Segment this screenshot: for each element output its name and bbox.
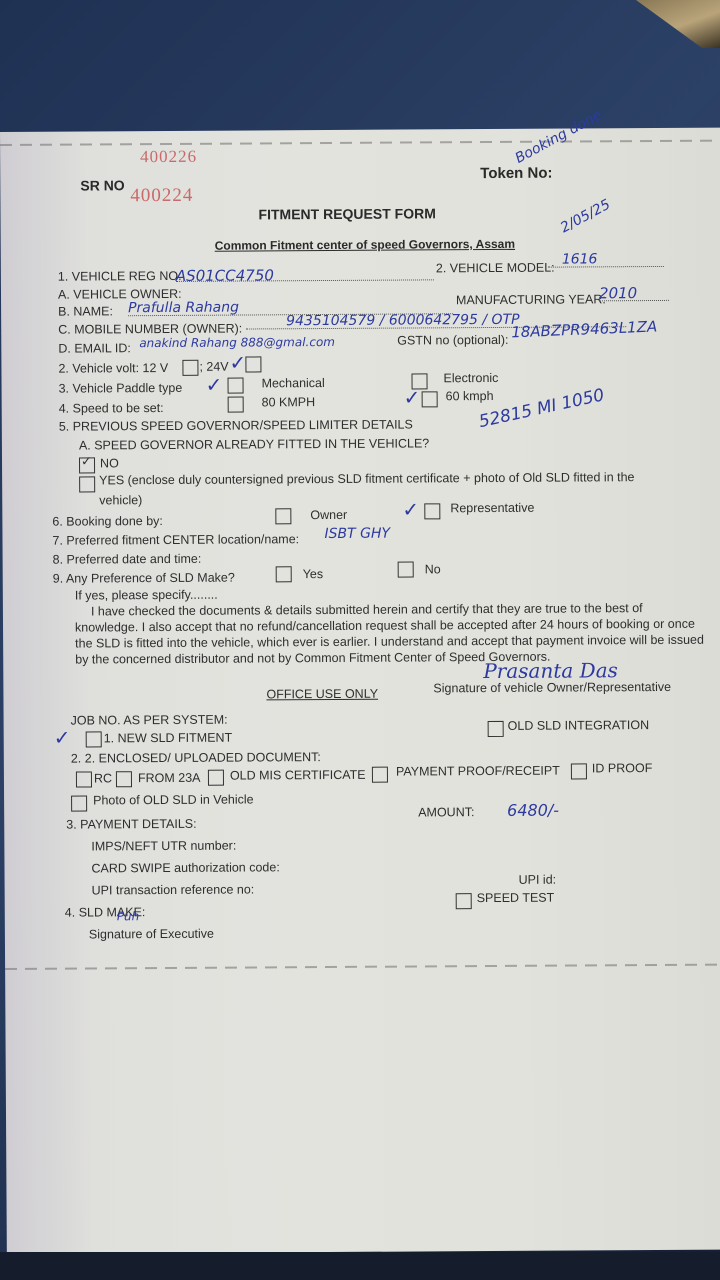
prev-governor-note: 52815 MI 1050: [477, 385, 606, 432]
prev-governor-question: A. SPEED GOVERNOR ALREADY FITTED IN THE …: [79, 436, 429, 452]
checkmark-icon: ✓: [229, 351, 246, 375]
mfg-year-value: 2010: [599, 284, 637, 302]
doc-id-checkbox[interactable]: [571, 763, 587, 779]
amount-label: AMOUNT:: [418, 805, 474, 819]
speed-80-label: 80 KMPH: [262, 395, 316, 409]
volt-24-label: ; 24V: [199, 360, 228, 374]
speed-label: 4. Speed to be set:: [59, 401, 164, 416]
speed-60-checkbox[interactable]: [422, 391, 438, 407]
doc-id-label: ID PROOF: [592, 761, 653, 775]
checkmark-icon: ✓: [54, 726, 71, 750]
doc-photo-checkbox[interactable]: [71, 795, 87, 811]
form-title: FITMENT REQUEST FORM: [258, 205, 435, 222]
booking-representative-checkbox[interactable]: [424, 503, 440, 519]
paddle-mechanical-label: Mechanical: [261, 376, 324, 390]
doc-23a-checkbox[interactable]: [116, 771, 132, 787]
imps-label: IMPS/NEFT UTR number:: [91, 839, 236, 854]
vehicle-model-label: 2. VEHICLE MODEL:: [436, 261, 555, 276]
token-date: 2/05/25: [558, 197, 613, 237]
job-no-label: JOB NO. AS PER SYSTEM:: [71, 713, 228, 728]
name-label: B. NAME:: [58, 304, 113, 318]
gstn-label: GSTN no (optional):: [397, 333, 508, 348]
mobile-label: C. MOBILE NUMBER (OWNER):: [58, 322, 242, 337]
mfg-year-field[interactable]: 2010: [599, 284, 669, 301]
make-yes-label: Yes: [303, 567, 323, 581]
checkmark-icon: ✓: [402, 497, 419, 521]
center-label: 7. Preferred fitment CENTER location/nam…: [52, 532, 299, 548]
new-fitment-checkbox[interactable]: [86, 731, 102, 747]
sr-no-value: 400224: [130, 185, 193, 207]
speed-test-label: SPEED TEST: [477, 891, 555, 905]
speed-test-checkbox[interactable]: [456, 893, 472, 909]
card-swipe-label: CARD SWIPE authorization code:: [91, 860, 279, 875]
background-object: [600, 0, 720, 48]
prev-no-label: NO: [100, 456, 119, 470]
paddle-mechanical-checkbox[interactable]: [228, 378, 244, 394]
prev-yes-checkbox[interactable]: [79, 476, 95, 492]
prev-yes-label: YES (enclose duly countersigned previous…: [99, 470, 634, 487]
make-yes-checkbox[interactable]: [276, 566, 292, 582]
top-serial-stamp: 400226: [140, 147, 197, 167]
prev-yes-label-cont: vehicle): [99, 493, 142, 507]
volt-12-checkbox[interactable]: [182, 360, 198, 376]
doc-23a-label: FROM 23A: [138, 771, 201, 785]
booking-label: 6. Booking done by:: [52, 514, 163, 529]
torn-edge: [5, 964, 720, 970]
old-integration-checkbox[interactable]: [488, 721, 504, 737]
prev-governor-label: 5. PREVIOUS SPEED GOVERNOR/SPEED LIMITER…: [59, 417, 413, 433]
speed-60-label: 60 kmph: [446, 389, 494, 403]
reg-no-value: AS01CC4750: [176, 266, 274, 285]
speed-80-checkbox[interactable]: [228, 397, 244, 413]
preferred-date-label: 8. Preferred date and time:: [53, 552, 202, 567]
checkmark-icon: ✓: [81, 453, 92, 469]
token-note: Booking done: [513, 107, 605, 167]
doc-payment-checkbox[interactable]: [372, 767, 388, 783]
new-fitment-label: 1. NEW SLD FITMENT: [104, 731, 233, 746]
amount-value: 6480/-: [507, 801, 559, 820]
table-surface: [0, 1252, 720, 1280]
email-value[interactable]: anakind Rahang 888@gmal.com: [139, 335, 335, 350]
vehicle-model-field[interactable]: 1616: [548, 250, 664, 268]
mfg-year-label: MANUFACTURING YEAR:: [456, 292, 606, 307]
booking-owner-label: Owner: [310, 508, 347, 522]
payment-details-label: 3. PAYMENT DETAILS:: [66, 817, 196, 832]
form-subtitle: Common Fitment center of speed Governors…: [215, 237, 515, 253]
specify-label: If yes, please specify........: [75, 588, 218, 603]
torn-edge: [0, 140, 720, 146]
upi-id-label: UPI id:: [519, 873, 557, 887]
make-no-checkbox[interactable]: [398, 561, 414, 577]
enclosed-docs-label: 2. 2. ENCLOSED/ UPLOADED DOCUMENT:: [71, 750, 321, 766]
fitment-request-form: 400226 SR NO 400224 Token No: Booking do…: [0, 128, 720, 1254]
mobile-value: 9435104579 / 6000642795 / OTP: [246, 312, 519, 330]
executive-signature-label: Signature of Executive: [89, 927, 214, 942]
owner-signature: Prasanta Das: [483, 658, 618, 683]
reg-no-label: 1. VEHICLE REG NO:: [58, 269, 182, 284]
owner-signature-label: Signature of vehicle Owner/Representativ…: [433, 680, 671, 695]
volt-label: 2. Vehicle volt: 12 V: [58, 361, 168, 376]
sr-no-label: SR NO: [80, 177, 124, 193]
doc-photo-label: Photo of OLD SLD in Vehicle: [93, 792, 254, 807]
doc-rc-label: RC: [94, 771, 112, 785]
email-label: D. EMAIL ID:: [58, 341, 131, 355]
old-integration-label: OLD SLD INTEGRATION: [508, 718, 650, 733]
checkmark-icon: ✓: [404, 385, 421, 409]
doc-mis-checkbox[interactable]: [208, 770, 224, 786]
reg-no-field[interactable]: AS01CC4750: [176, 265, 434, 282]
volt-24-checkbox[interactable]: [245, 356, 261, 372]
office-use-label: OFFICE USE ONLY: [266, 687, 378, 702]
paddle-type-label: 3. Vehicle Paddle type: [59, 381, 183, 396]
center-value[interactable]: ISBT GHY: [324, 526, 390, 542]
upi-ref-label: UPI transaction reference no:: [92, 882, 255, 897]
booking-representative-label: Representative: [450, 501, 534, 516]
checkmark-icon: ✓: [205, 373, 222, 397]
make-no-label: No: [425, 562, 441, 576]
doc-payment-label: PAYMENT PROOF/RECEIPT: [396, 764, 560, 779]
doc-rc-checkbox[interactable]: [76, 771, 92, 787]
name-value: Prafulla Rahang: [128, 300, 239, 317]
token-label: Token No:: [480, 165, 552, 182]
executive-initials: Puh: [117, 909, 140, 923]
paddle-electronic-label: Electronic: [443, 371, 498, 385]
booking-owner-checkbox[interactable]: [275, 508, 291, 524]
vehicle-model-value: 1616: [548, 251, 598, 267]
sld-make-pref-label: 9. Any Preference of SLD Make?: [53, 571, 235, 586]
doc-mis-label: OLD MIS CERTIFICATE: [230, 768, 366, 783]
